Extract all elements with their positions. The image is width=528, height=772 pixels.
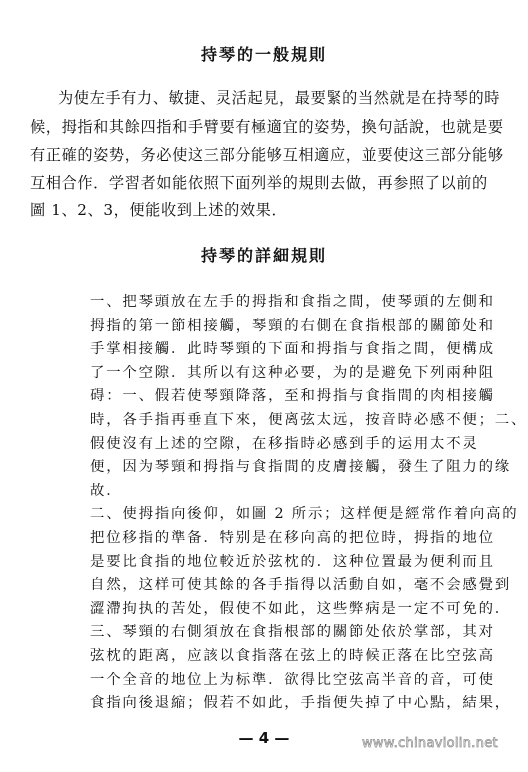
text-line: 了一个空隙．其所以有这种必要，为的是避免下列兩种阻 bbox=[90, 361, 490, 382]
text-line: 弦枕的距离，应該以食指落在弦上的時候正落在比空弦高 bbox=[90, 644, 490, 665]
section-title-general-rules: 持琴的一般規則 bbox=[0, 42, 528, 65]
text-line: 一个全音的地位上为标準．欲得比空弦高半音的音，可使 bbox=[90, 668, 490, 689]
watermark: www.chinaviolin.net bbox=[362, 736, 498, 751]
text-line: 食指向後退縮；假若不如此，手指便失掉了中心點，結果， bbox=[90, 691, 490, 712]
text-line: 故． bbox=[90, 479, 490, 500]
text-line: 一、把琴頭放在左手的拇指和食指之間，使琴頭的左側和 bbox=[90, 290, 490, 311]
text-line: 有正確的姿势，务必使这三部分能够互相適应，並要使这三部分能够 bbox=[30, 144, 500, 165]
text-line: 三、琴頸的右側須放在食指根部的關節处依於掌部，其对 bbox=[90, 620, 490, 641]
text-line: 二、使拇指向後仰，如圖 2 所示；这样便是經常作着向高的 bbox=[90, 502, 490, 523]
text-line: 手掌相接觸．此時琴頸的下面和拇指与食指之間，便構成 bbox=[90, 337, 490, 358]
text-line: 把位移指的準备．特别是在移向高的把位時，拇指的地位 bbox=[90, 526, 490, 547]
text-line: 互相合作．学習者如能依照下面列举的規則去做，再参照了以前的 bbox=[30, 172, 500, 193]
text-line: 候，拇指和其餘四指和手臂要有極適宜的姿势，換句話說，也就是要 bbox=[30, 116, 500, 137]
text-line: 時，各手指再垂直下來，便离弦太远，按音時必感不便；二、 bbox=[90, 408, 490, 429]
text-line: 假使沒有上述的空隙，在移指時必感到手的运用太不灵 bbox=[90, 432, 490, 453]
text-line: 自然，这样可使其餘的各手指得以活動自如，毫不会感覺到 bbox=[90, 573, 490, 594]
text-line: 为使左手有力、敏捷、灵活起見，最要緊的当然就是在持琴的時 bbox=[58, 87, 528, 108]
text-line: 是要比食指的地位較近於弦枕的．这种位置最为便利而且 bbox=[90, 550, 490, 571]
text-line: 便，因为琴頸和拇指与食指間的皮膚接觸，發生了阻力的缘 bbox=[90, 455, 490, 476]
text-line: 拇指的第一節相接觸，琴頸的右側在食指根部的關節处和 bbox=[90, 314, 490, 335]
text-line: 碍：一、假若使琴頸降落，至和拇指与食指間的肉相接觸 bbox=[90, 384, 490, 405]
section-title-detailed-rules: 持琴的詳細規則 bbox=[0, 243, 528, 266]
text-line: 圖 1、2、3，便能收到上述的效果． bbox=[30, 199, 500, 220]
text-line: 澀滯拘执的苦处，假使不如此，这些弊病是一定不可免的． bbox=[90, 597, 490, 618]
